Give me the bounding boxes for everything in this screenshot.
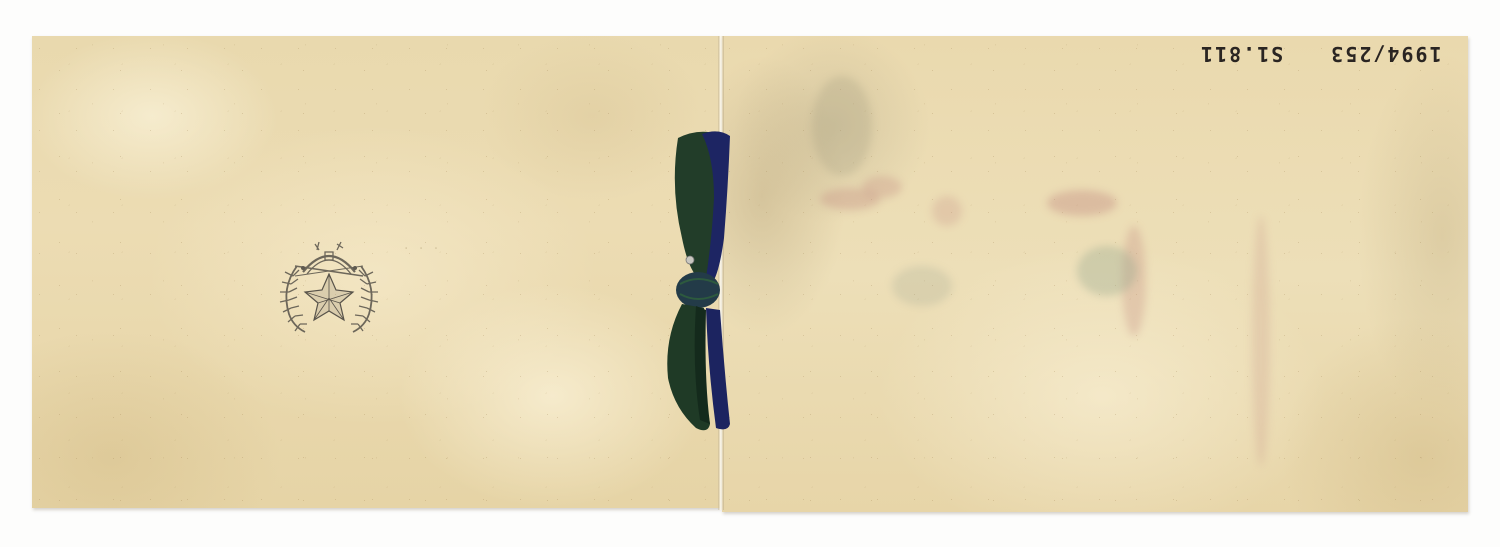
show-through-mark (862, 176, 902, 198)
scan-stage: · · · 1994/253 S1.811 (0, 0, 1500, 547)
show-through-mark (812, 76, 872, 176)
show-through-mark (892, 266, 952, 306)
show-through-mark (1047, 190, 1117, 216)
accession-handwriting: 1994/253 S1.811 (1199, 42, 1442, 66)
show-through-mark (1252, 216, 1270, 466)
star-wreath-emblem-icon (275, 236, 383, 340)
right-panel: 1994/253 S1.811 (722, 36, 1468, 512)
catalogue-number: S1.811 (1199, 42, 1283, 66)
accession-number: 1994/253 (1330, 42, 1442, 66)
ribbon-bow-icon (648, 128, 730, 434)
left-panel: · · · (32, 36, 720, 508)
faint-blind-text: · · · (404, 241, 484, 261)
folded-card: · · · 1994/253 S1.811 (32, 36, 1468, 510)
show-through-mark (1077, 246, 1137, 296)
show-through-mark (932, 196, 962, 226)
